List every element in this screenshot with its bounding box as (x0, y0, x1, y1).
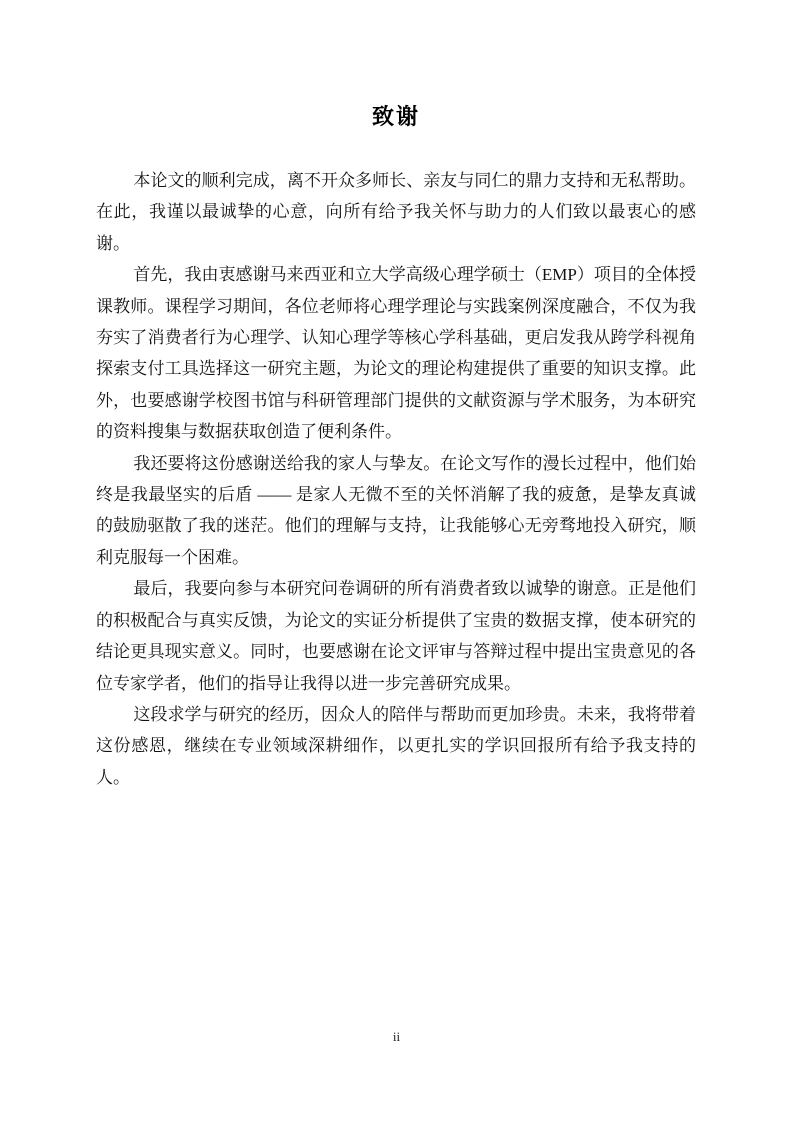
acknowledgment-paragraph: 本论文的顺利完成，离不开众多师长、亲友与同仁的鼎力支持和无私帮助。在此，我谨以最… (96, 165, 696, 259)
acknowledgment-paragraph: 我还要将这份感谢送给我的家人与挚友。在论文写作的漫长过程中，他们始终是我最坚实的… (96, 448, 696, 574)
page-title: 致谢 (96, 103, 696, 131)
acknowledgment-paragraph: 这段求学与研究的经历，因众人的陪伴与帮助而更加珍贵。未来，我将带着这份感恩，继续… (96, 699, 696, 793)
document-page: 致谢 本论文的顺利完成，离不开众多师长、亲友与同仁的鼎力支持和无私帮助。在此，我… (0, 0, 793, 1122)
acknowledgment-paragraph: 首先，我由衷感谢马来西亚和立大学高级心理学硕士（EMP）项目的全体授课教师。课程… (96, 259, 696, 447)
acknowledgment-body: 本论文的顺利完成，离不开众多师长、亲友与同仁的鼎力支持和无私帮助。在此，我谨以最… (96, 165, 696, 793)
acknowledgment-paragraph: 最后，我要向参与本研究问卷调研的所有消费者致以诚挚的谢意。正是他们的积极配合与真… (96, 573, 696, 699)
page-content: 致谢 本论文的顺利完成，离不开众多师长、亲友与同仁的鼎力支持和无私帮助。在此，我… (96, 0, 696, 793)
page-number: ii (0, 1029, 793, 1045)
